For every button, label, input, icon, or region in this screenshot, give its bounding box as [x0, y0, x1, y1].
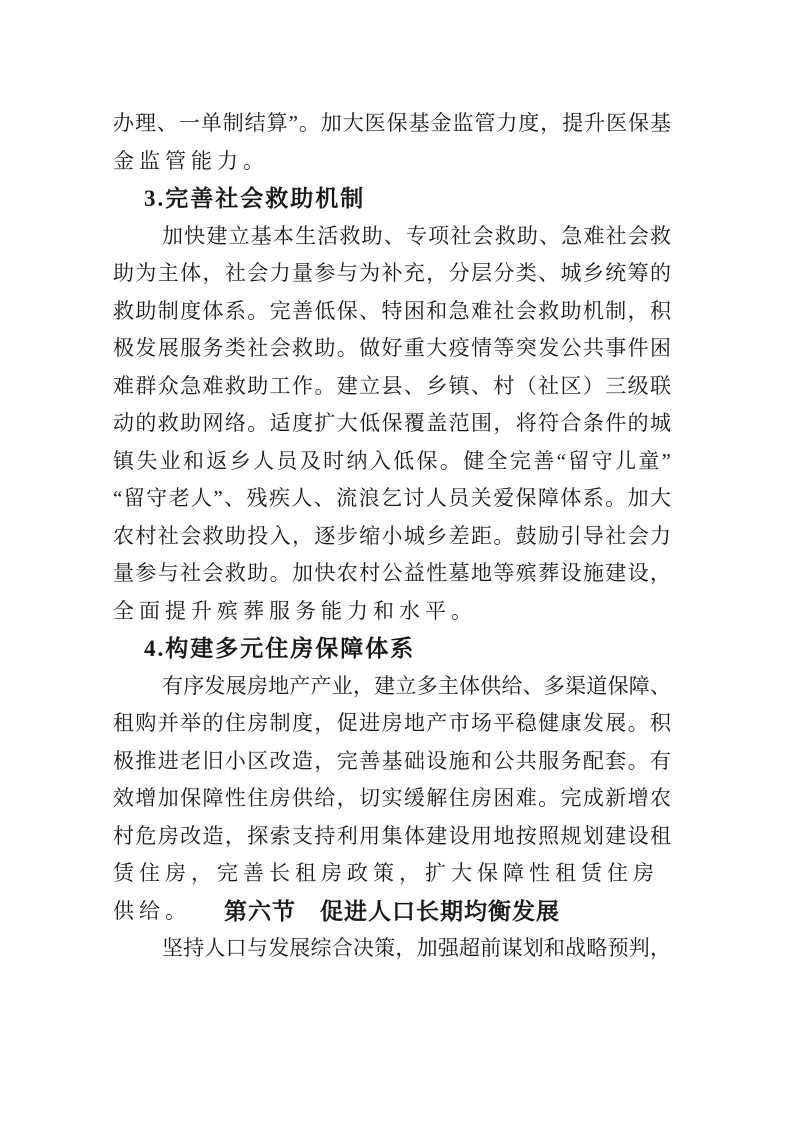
body-line: 坚持人口与发展综合决策，加强超前谋划和战略预判，	[113, 930, 671, 968]
body-line: 赁住房，完善长租房政策，扩大保障性租赁住房供给。	[113, 855, 671, 893]
body-line: 效增加保障性住房供给，切实缓解住房困难。完成新增农	[113, 780, 671, 818]
paragraph-population-development-intro: 坚持人口与发展综合决策，加强超前谋划和战略预判，	[113, 930, 671, 968]
numbered-heading-4-housing-security: 4.构建多元住房保障体系	[113, 630, 671, 668]
body-line: 助为主体，社会力量参与为补充，分层分类、城乡统筹的	[113, 255, 671, 293]
body-line: 全面提升殡葬服务能力和水平。	[113, 593, 671, 631]
body-line: 办理、一单制结算”。加大医保基金监管力度，提升医保基	[113, 105, 671, 143]
paragraph-social-assistance: 加快建立基本生活救助、专项社会救助、急难社会救 助为主体，社会力量参与为补充，分…	[113, 218, 671, 631]
document-page: 办理、一单制结算”。加大医保基金监管力度，提升医保基 金监管能力。 3.完善社会…	[0, 0, 793, 1122]
body-line: 金监管能力。	[113, 143, 671, 181]
body-line: 难群众急难救助工作。建立县、乡镇、村（社区）三级联	[113, 368, 671, 406]
body-line: “留守老人”、残疾人、流浪乞讨人员关爱保障体系。加大	[113, 480, 671, 518]
body-line: 有序发展房地产产业，建立多主体供给、多渠道保障、	[113, 668, 671, 706]
body-line: 极发展服务类社会救助。做好重大疫情等突发公共事件困	[113, 330, 671, 368]
paragraph-housing-security: 有序发展房地产产业，建立多主体供给、多渠道保障、 租购并举的住房制度，促进房地产…	[113, 668, 671, 893]
body-line: 动的救助网络。适度扩大低保覆盖范围，将符合条件的城	[113, 405, 671, 443]
body-line: 量参与社会救助。加快农村公益性墓地等殡葬设施建设，	[113, 555, 671, 593]
numbered-heading-3-social-assistance: 3.完善社会救助机制	[113, 180, 671, 218]
body-line: 农村社会救助投入，逐步缩小城乡差距。鼓励引导社会力	[113, 518, 671, 556]
body-line: 加快建立基本生活救助、专项社会救助、急难社会救	[113, 218, 671, 256]
section-heading-population-balanced-development: 第六节 促进人口长期均衡发展	[113, 893, 671, 931]
body-line: 租购并举的住房制度，促进房地产市场平稳健康发展。积	[113, 705, 671, 743]
body-line: 极推进老旧小区改造，完善基础设施和公共服务配套。有	[113, 743, 671, 781]
paragraph-medical-insurance-continuation: 办理、一单制结算”。加大医保基金监管力度，提升医保基 金监管能力。	[113, 105, 671, 180]
document-body: 办理、一单制结算”。加大医保基金监管力度，提升医保基 金监管能力。 3.完善社会…	[113, 105, 671, 968]
body-line: 救助制度体系。完善低保、特困和急难社会救助机制，积	[113, 293, 671, 331]
body-line: 村危房改造，探索支持利用集体建设用地按照规划建设租	[113, 818, 671, 856]
body-line: 镇失业和返乡人员及时纳入低保。健全完善“留守儿童”	[113, 443, 671, 481]
